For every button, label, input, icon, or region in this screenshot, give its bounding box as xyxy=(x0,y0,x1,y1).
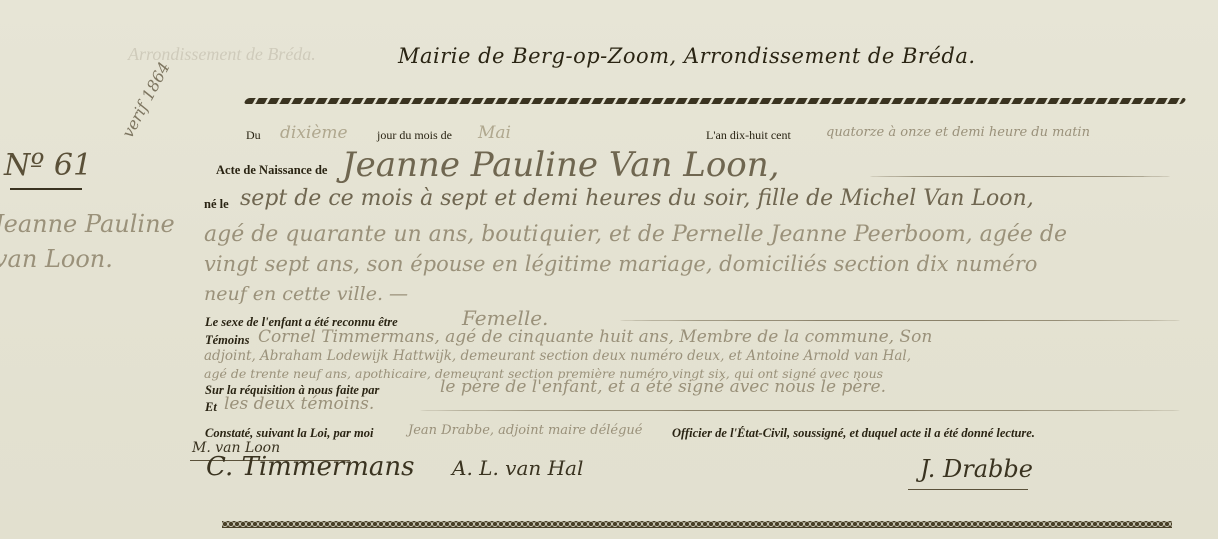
label-jour-mois: jour du mois de xyxy=(377,128,452,143)
field-et: les deux témoins. xyxy=(224,394,374,414)
signature-underline xyxy=(908,489,1028,490)
signature-witness-1: C. Timmermans xyxy=(206,452,415,482)
label-year: L'an dix-huit cent xyxy=(706,128,791,143)
field-child-name: Jeanne Pauline Van Loon, xyxy=(342,145,779,185)
field-parents-line-1: agé de quarante un ans, boutiquier, et d… xyxy=(204,222,1067,247)
verification-annotation: verif 1864 xyxy=(118,59,174,141)
signature-officer: J. Drabbe xyxy=(920,455,1033,483)
field-year-hour: quatorze à onze et demi heure du matin xyxy=(826,125,1090,140)
line-filler xyxy=(420,410,1180,412)
field-officer-name: Jean Drabbe, adjoint maire délégué xyxy=(408,423,643,438)
label-acte-naissance: Acte de Naissance de xyxy=(216,163,327,178)
page-title: Mairie de Berg-op-Zoom, Arrondissement d… xyxy=(398,44,976,68)
label-et: Et xyxy=(205,400,217,415)
margin-child-name-1: Jeanne Pauline xyxy=(0,210,175,238)
margin-child-name-2: van Loon. xyxy=(0,245,113,273)
field-birth-details: sept de ce mois à sept et demi heures du… xyxy=(240,186,1034,211)
field-requisition: le père de l'enfant, et a été signé avec… xyxy=(440,377,886,397)
field-day: dixième xyxy=(280,123,348,143)
label-officier-suffix: Officier de l'État-Civil, soussigné, et … xyxy=(672,426,1035,441)
field-parents-line-2: vingt sept ans, son épouse en légitime m… xyxy=(204,252,1037,276)
margin-underline xyxy=(10,188,82,190)
field-witnesses-2: adjoint, Abraham Lodewijk Hattwijk, deme… xyxy=(204,348,911,364)
bottom-decorative-rule xyxy=(222,521,1172,528)
label-ne-le: né le xyxy=(204,197,229,212)
label-temoins: Témoins xyxy=(205,333,249,348)
signature-witness-2: A. L. van Hal xyxy=(452,456,583,480)
act-number: Nº 61 xyxy=(4,148,92,183)
field-parents-line-3: neuf en cette ville. — xyxy=(204,283,408,305)
line-filler xyxy=(620,320,1180,322)
top-decorative-rule xyxy=(243,98,1186,104)
line-filler xyxy=(870,176,1170,178)
label-du: Du xyxy=(246,128,261,143)
field-witnesses-1: Cornel Timmermans, agé de cinquante huit… xyxy=(258,327,932,347)
label-constate: Constaté, suivant la Loi, par moi xyxy=(205,426,373,441)
field-month: Mai xyxy=(478,123,511,143)
